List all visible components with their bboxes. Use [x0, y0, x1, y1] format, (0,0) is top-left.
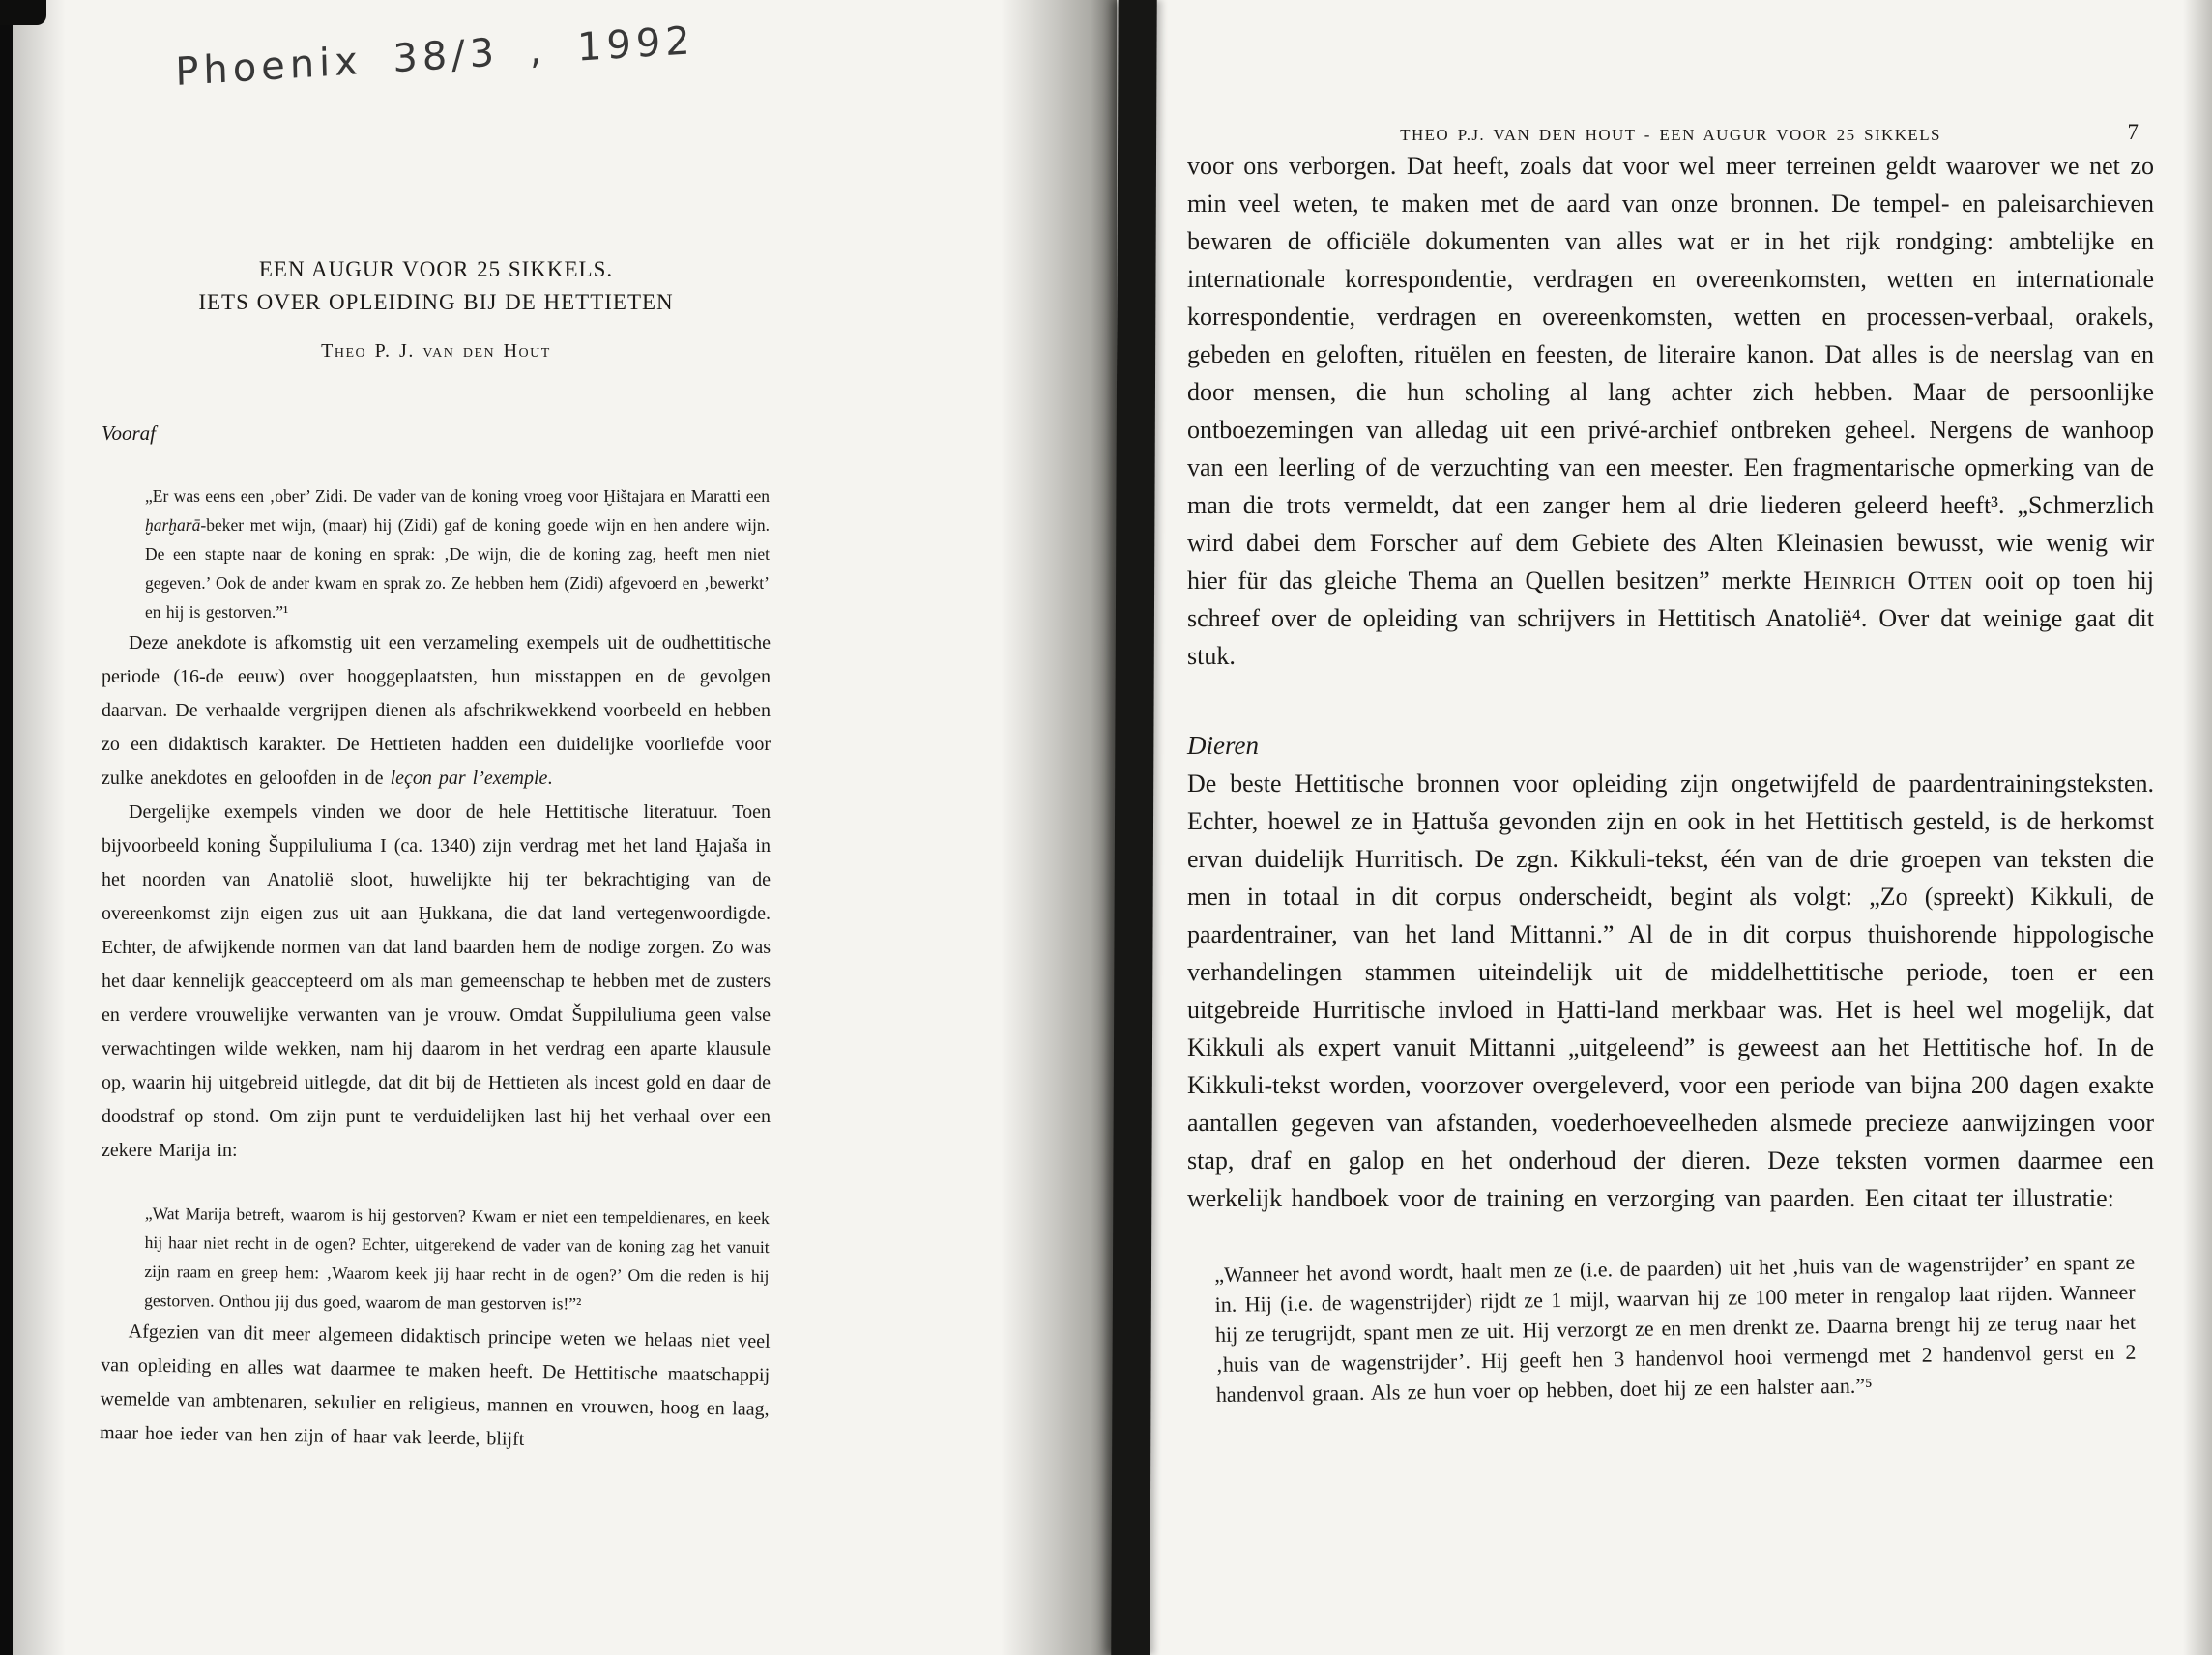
- scanned-spread: Phoenix 38/3 , 1992 EEN AUGUR VOOR 25 SI…: [0, 0, 2212, 1655]
- paragraph-paardenteksten: De beste Hettitische bronnen voor opleid…: [1187, 765, 2154, 1217]
- gutter-black-strip: [1111, 0, 1156, 1655]
- running-header-text: THEO P.J. VAN DEN HOUT - EEN AUGUR VOOR …: [1400, 126, 1941, 144]
- gutter-shadow-fade: [1001, 0, 1117, 1655]
- section-heading-dieren: Dieren: [1187, 727, 2154, 765]
- exemplum-quote-marija: „Wat Marija betreft, waarom is hij gesto…: [144, 1199, 770, 1320]
- page-edge-right-shade: [2183, 0, 2212, 1655]
- article-title-line1: EEN AUGUR VOOR 25 SIKKELS.: [102, 253, 771, 286]
- article-author: Theo P. J. van den Hout: [102, 334, 771, 368]
- quote-kikkuli-citaat: „Wanneer het avond wordt, haalt men ze (…: [1214, 1247, 2137, 1409]
- left-page: EEN AUGUR VOOR 25 SIKKELS. IETS OVER OPL…: [102, 253, 771, 1450]
- running-header: THEO P.J. VAN DEN HOUT - EEN AUGUR VOOR …: [1187, 124, 2154, 147]
- paragraph-exempels: Dergelijke exempels vinden we door de he…: [102, 796, 771, 1168]
- exemplum-quote-zidi: „Er was eens een ‚ober’ Zidi. De vader v…: [145, 481, 770, 626]
- paragraph-bronnen: voor ons verborgen. Dat heeft, zoals dat…: [1187, 147, 2154, 675]
- paragraph-anekdote: Deze anekdote is afkomstig uit een verza…: [102, 626, 771, 796]
- article-title-line2: IETS OVER OPLEIDING BIJ DE HETTIETEN: [102, 286, 771, 319]
- corner-scan-mark: [0, 0, 46, 25]
- right-page: THEO P.J. VAN DEN HOUT - EEN AUGUR VOOR …: [1187, 124, 2154, 1409]
- paragraph-afgezien: Afgezien van dit meer algemeen didaktisc…: [100, 1315, 771, 1461]
- page-edge-left-black: [0, 0, 13, 1655]
- page-number: 7: [2128, 121, 2139, 144]
- page-edge-left-fade: [13, 0, 66, 1655]
- section-heading-vooraf: Vooraf: [102, 417, 771, 450]
- handwritten-annotation: Phoenix 38/3 , 1992: [175, 18, 695, 95]
